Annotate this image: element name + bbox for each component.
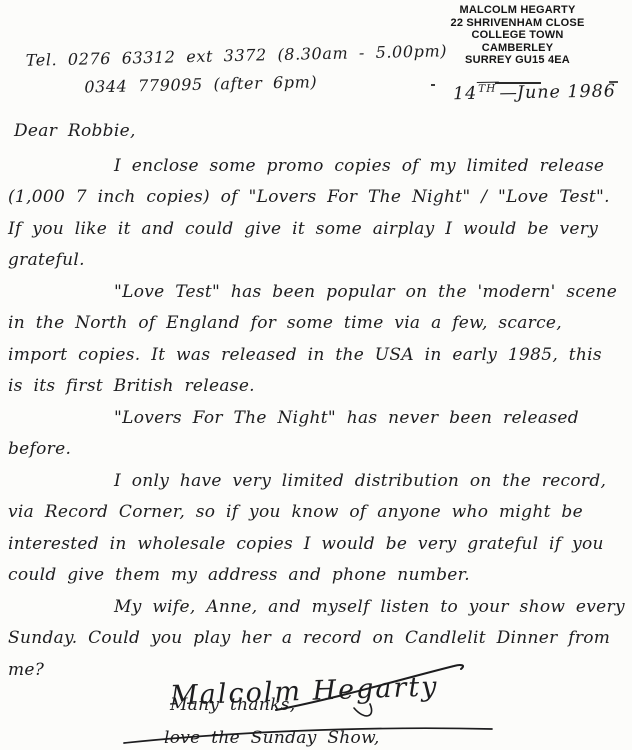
date-suffix: TH: [477, 82, 499, 95]
telephone-block: Tel. 0276 63312 ext 3372 (8.30am - 5.00p…: [26, 41, 448, 98]
letterhead-name: MALCOLM HEGARTY: [415, 4, 620, 17]
date-rest: June 1986: [517, 81, 616, 103]
letter-date: 14TH—June 1986: [453, 81, 616, 105]
letterhead-address-line: 22 SHRIVENHAM CLOSE: [415, 17, 620, 30]
paragraph: "Lovers For The Night" has never been re…: [8, 403, 626, 466]
paragraph: I only have very limited distribution on…: [8, 466, 626, 592]
letter-page: MALCOLM HEGARTY 22 SHRIVENHAM CLOSE COLL…: [0, 0, 632, 750]
date-dash: —: [499, 83, 517, 103]
letter-body: Dear Robbie, I enclose some promo copies…: [8, 116, 626, 750]
telephone-line-1: Tel. 0276 63312 ext 3372 (8.30am - 5.00p…: [26, 41, 448, 70]
signature: Malcolm Hegarty: [158, 658, 488, 724]
paragraph: I enclose some promo copies of my limite…: [8, 151, 626, 277]
letterhead-address-line: COLLEGE TOWN: [415, 29, 620, 42]
paragraph: "Love Test" has been popular on the 'mod…: [8, 277, 626, 403]
signature-flourish: [158, 658, 488, 724]
salutation: Dear Robbie,: [14, 116, 626, 148]
date-day: 14: [453, 84, 478, 104]
telephone-line-2: 0344 779095 (after 6pm): [84, 69, 448, 96]
signature-underline-flourish: [118, 720, 500, 748]
